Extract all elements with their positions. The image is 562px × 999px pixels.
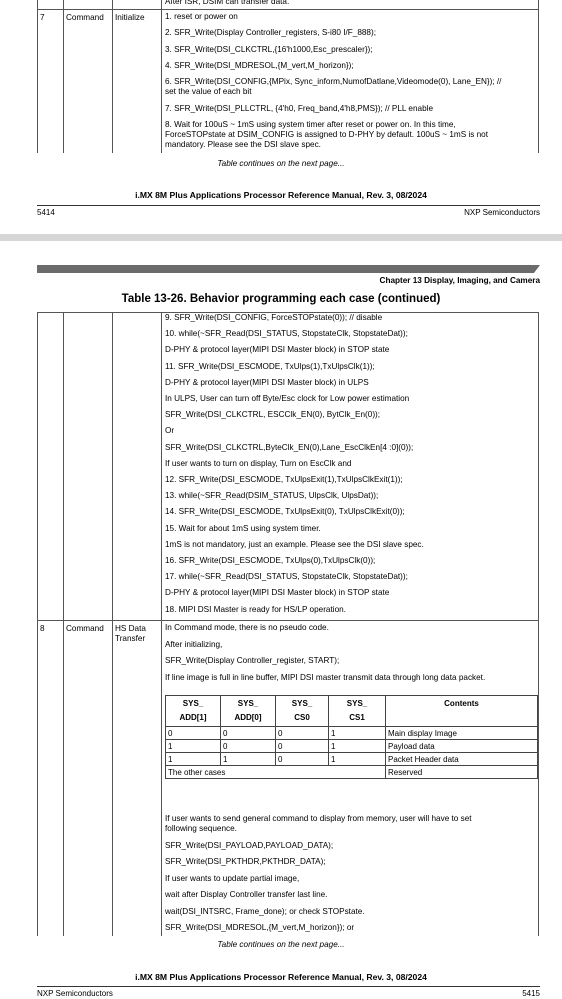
table-row: The other casesReserved — [166, 766, 538, 779]
table-border — [538, 312, 539, 936]
step-line: D-PHY & protocol layer(MIPI DSI Master b… — [165, 588, 389, 597]
step-line: SFR_Write(Display Controller_register, S… — [165, 656, 339, 665]
table-cell: 1 — [329, 727, 386, 740]
table-continues-note: Table continues on the next page... — [0, 940, 562, 949]
page-gap — [0, 234, 562, 241]
step-line: In ULPS, User can turn off Byte/Esc cloc… — [165, 394, 409, 403]
table-row: 1101Packet Header data — [166, 753, 538, 766]
page-number: 5415 — [522, 989, 540, 998]
step-line: 3. SFR_Write(DSI_CLKCTRL,{16'h1000,Esc_p… — [165, 45, 373, 54]
table-border — [63, 312, 64, 936]
prev-row-text: After ISR, DSIM can transfer data. — [165, 0, 289, 6]
footer-title: i.MX 8M Plus Applications Processor Refe… — [0, 972, 562, 982]
row-divider — [37, 620, 539, 621]
table-cell: Reserved — [386, 766, 538, 779]
step-line: 8. Wait for 100uS ~ 1mS using system tim… — [165, 120, 456, 129]
row-case: Initialize — [115, 12, 145, 23]
table-cell: Payload data — [386, 740, 538, 753]
table-border — [112, 312, 113, 936]
step-line: 13. while(~SFR_Read(DSIM_STATUS, UlpsClk… — [165, 491, 378, 500]
table-cell: 1 — [329, 740, 386, 753]
col-sys-add0: SYS_ADD[0] — [221, 696, 276, 727]
row-divider — [37, 9, 539, 10]
step-line: 10. while(~SFR_Read(DSI_STATUS, Stopstat… — [165, 329, 408, 338]
step-line: SFR_Write(DSI_MDRESOL,{M_vert,M_horizon}… — [165, 923, 354, 932]
table-cell: 1 — [166, 740, 221, 753]
step-line: In Command mode, there is no pseudo code… — [165, 623, 329, 632]
sys-signal-table: SYS_ADD[1] SYS_ADD[0] SYS_CS0 SYS_CS1 Co… — [165, 695, 538, 779]
step-line: If user wants to turn on display, Turn o… — [165, 459, 351, 468]
chapter-title: Chapter 13 Display, Imaging, and Camera — [380, 276, 540, 285]
table-cell: 0 — [166, 727, 221, 740]
step-line: SFR_Write(DSI_CLKCTRL, ESCClk_EN(0), Byt… — [165, 410, 380, 419]
row-number: 7 — [40, 12, 45, 23]
step-line: 7. SFR_Write(DSI_PLLCTRL, {4'h0, Freq_ba… — [165, 104, 433, 113]
table-border — [37, 312, 38, 936]
page-number: 5414 — [37, 208, 55, 217]
step-line: Or — [165, 426, 174, 435]
step-line: 6. SFR_Write(DSI_CONFIG,{MPix, Sync_info… — [165, 77, 501, 86]
step-line: 17. while(~SFR_Read(DSI_STATUS, Stopstat… — [165, 572, 408, 581]
step-line: SFR_Write(DSI_CLKCTRL,ByteClk_EN(0),Lane… — [165, 443, 413, 452]
step-line: 1mS is not mandatory, just an example. P… — [165, 540, 424, 549]
table-border — [161, 312, 162, 936]
step-line: If user wants to update partial image, — [165, 874, 299, 883]
table-title: Table 13-26. Behavior programming each c… — [0, 293, 562, 305]
step-line: wait(DSI_INTSRC, Frame_done); or check S… — [165, 907, 365, 916]
row-mode: Command — [66, 623, 104, 634]
step-line: wait after Display Controller transfer l… — [165, 890, 327, 899]
row-mode: Command — [66, 12, 104, 23]
step-line: 14. SFR_Write(DSI_ESCMODE, TxUlpsExit(0)… — [165, 507, 405, 516]
footer-rule — [37, 986, 540, 987]
col-sys-add1: SYS_ADD[1] — [166, 696, 221, 727]
table-border — [63, 0, 64, 153]
step-line: 2. SFR_Write(Display Controller_register… — [165, 28, 376, 37]
company-name: NXP Semiconductors — [37, 989, 113, 998]
step-line: 1. reset or power on — [165, 12, 238, 21]
chapter-header-bar — [37, 265, 540, 273]
step-line: 9. SFR_Write(DSI_CONFIG, ForceSTOPstate(… — [165, 313, 382, 322]
step-line: 16. SFR_Write(DSI_ESCMODE, TxUlps(0),TxU… — [165, 556, 375, 565]
table-border — [112, 0, 113, 153]
table-cell: 1 — [166, 753, 221, 766]
step-line: 12. SFR_Write(DSI_ESCMODE, TxUlpsExit(1)… — [165, 475, 403, 484]
footer-rule — [37, 205, 540, 206]
table-cell: 0 — [276, 727, 329, 740]
step-line: following sequence. — [165, 824, 237, 833]
table-cell: 0 — [276, 753, 329, 766]
step-line: set the value of each bit — [165, 87, 251, 96]
table-row: 0001Main display Image — [166, 727, 538, 740]
step-line: 4. SFR_Write(DSI_MDRESOL,{M_vert,M_horiz… — [165, 61, 354, 70]
footer-title: i.MX 8M Plus Applications Processor Refe… — [0, 190, 562, 200]
table-border — [37, 0, 38, 153]
step-line: If line image is full in line buffer, MI… — [165, 673, 485, 682]
step-line: SFR_Write(DSI_PKTHDR,PKTHDR_DATA); — [165, 857, 326, 866]
step-line: SFR_Write(DSI_PAYLOAD,PAYLOAD_DATA); — [165, 841, 333, 850]
step-line: After initializing, — [165, 640, 222, 649]
table-cell: Packet Header data — [386, 753, 538, 766]
table-cell: 0 — [221, 727, 276, 740]
table-cell: The other cases — [166, 766, 386, 779]
table-cell: 1 — [329, 753, 386, 766]
col-sys-cs0: SYS_CS0 — [276, 696, 329, 727]
step-line: D-PHY & protocol layer(MIPI DSI Master b… — [165, 378, 369, 387]
col-contents: Contents — [386, 696, 538, 727]
table-row: 1001Payload data — [166, 740, 538, 753]
inner-table-header: SYS_ADD[1] SYS_ADD[0] SYS_CS0 SYS_CS1 Co… — [166, 696, 538, 727]
step-line: 11. SFR_Write(DSI_ESCMODE, TxUlps(1),TxU… — [165, 362, 375, 371]
step-line: If user wants to send general command to… — [165, 814, 472, 823]
row-case-line2: Transfer — [115, 633, 145, 644]
table-cell: 1 — [221, 753, 276, 766]
table-border — [161, 0, 162, 153]
step-line: ForceSTOPstate at DSIM_CONFIG is assigne… — [165, 130, 488, 139]
step-line: D-PHY & protocol layer(MIPI DSI Master b… — [165, 345, 389, 354]
row-number: 8 — [40, 623, 45, 634]
step-line: 15. Wait for about 1mS using system time… — [165, 524, 321, 533]
table-cell: 0 — [221, 740, 276, 753]
table-cell: Main display Image — [386, 727, 538, 740]
company-name: NXP Semiconductors — [464, 208, 540, 217]
step-line: mandatory. Please see the DSI slave spec… — [165, 140, 321, 149]
table-continues-note: Table continues on the next page... — [0, 159, 562, 168]
step-line: 18. MIPI DSI Master is ready for HS/LP o… — [165, 605, 346, 614]
table-border — [538, 0, 539, 153]
col-sys-cs1: SYS_CS1 — [329, 696, 386, 727]
table-cell: 0 — [276, 740, 329, 753]
